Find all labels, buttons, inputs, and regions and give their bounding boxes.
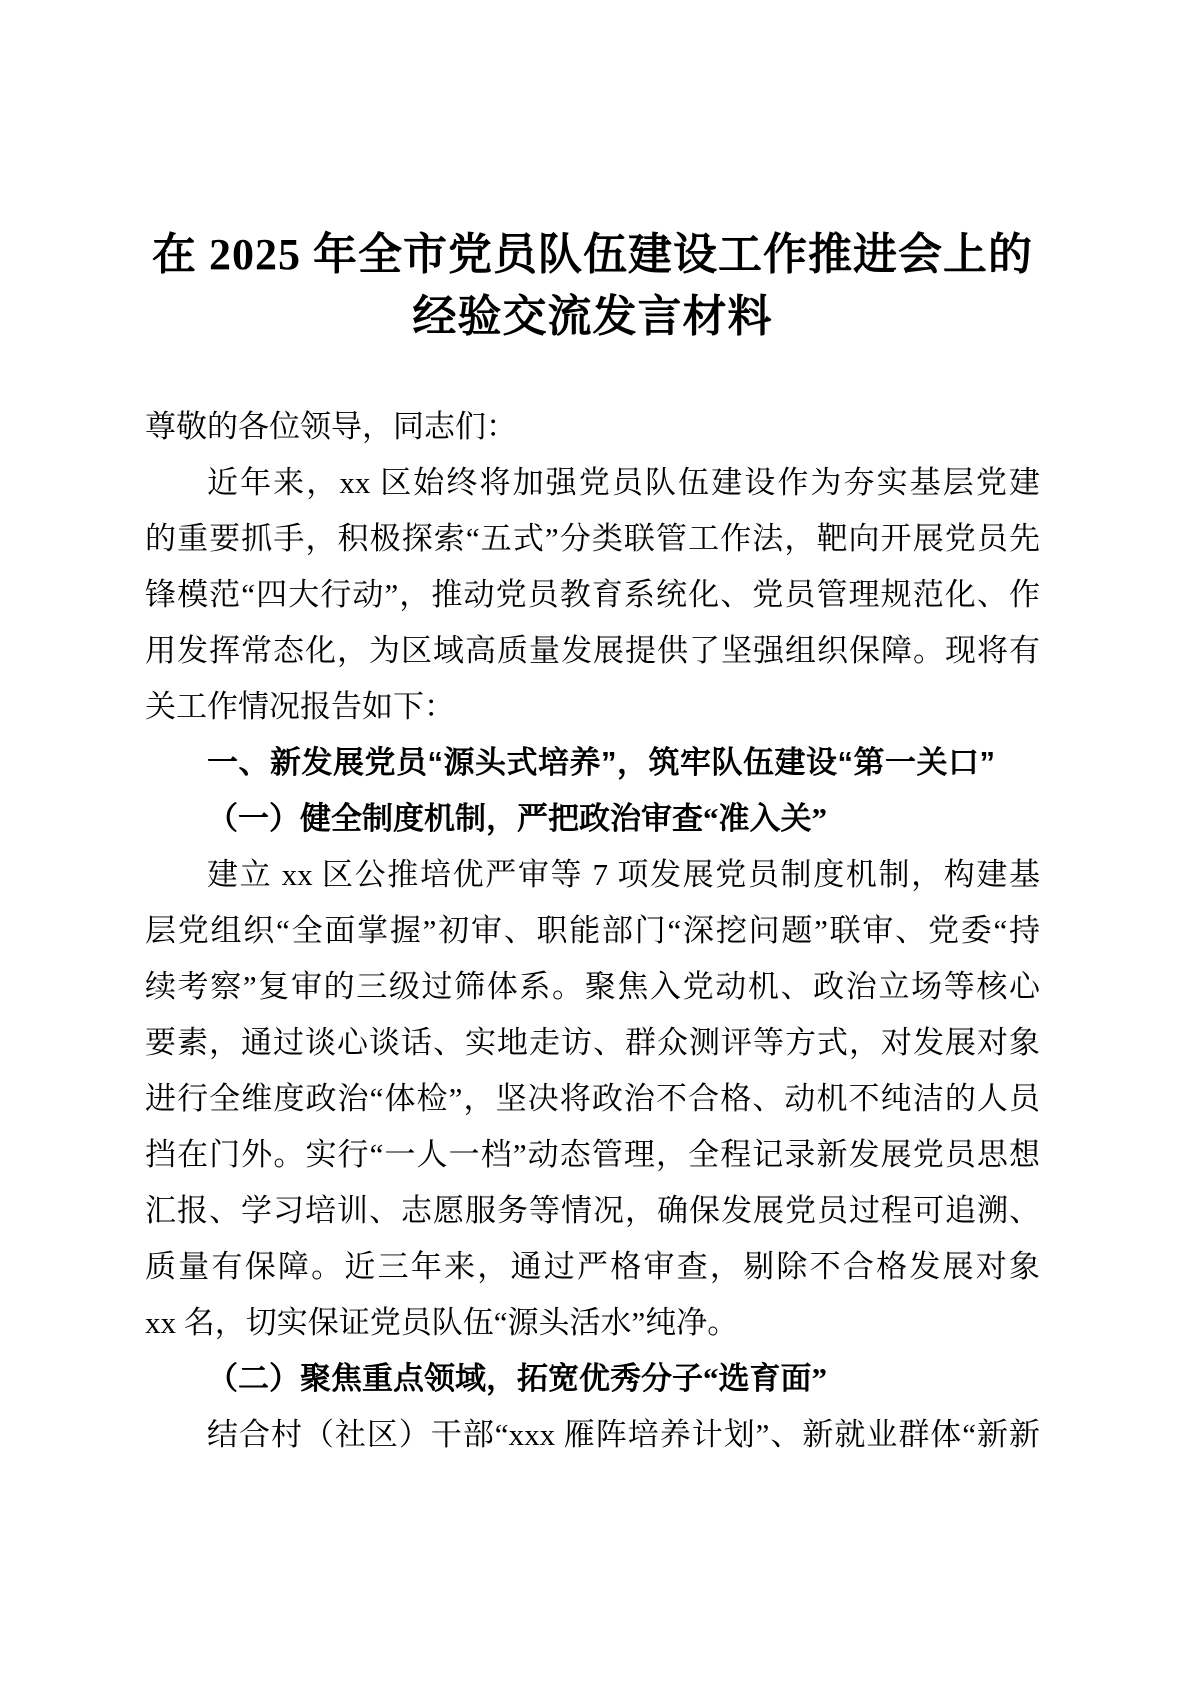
paragraph-2-line-8: 质量有保障。近三年来，通过严格审查，剔除不合格发展对象 [145,1239,1040,1295]
document-body: 尊敬的各位领导，同志们： 近年来，xx 区始终将加强党员队伍建设作为夯实基层党建… [145,399,1040,1463]
paragraph-2-line-2: 层党组织“全面掌握”初审、职能部门“深挖问题”联审、党委“持 [145,903,1040,959]
section-heading-1: 一、新发展党员“源头式培养”，筑牢队伍建设“第一关口” [145,735,1040,791]
paragraph-1-line-2: 的重要抓手，积极探索“五式”分类联管工作法，靶向开展党员先 [145,511,1040,567]
subsection-heading-1-2: （二）聚焦重点领域，拓宽优秀分子“选育面” [145,1351,1040,1407]
document-page: 在 2025 年全市党员队伍建设工作推进会上的 经验交流发言材料 尊敬的各位领导… [0,0,1190,1683]
paragraph-1-line-5: 关工作情况报告如下： [145,679,1040,735]
paragraph-1-line-3: 锋模范“四大行动”，推动党员教育系统化、党员管理规范化、作 [145,567,1040,623]
document-title: 在 2025 年全市党员队伍建设工作推进会上的 经验交流发言材料 [145,224,1040,348]
subsection-heading-1-1: （一）健全制度机制，严把政治审查“准入关” [145,791,1040,847]
title-line-2: 经验交流发言材料 [145,286,1040,348]
title-line-1: 在 2025 年全市党员队伍建设工作推进会上的 [145,224,1040,286]
paragraph-1-line-1: 近年来，xx 区始终将加强党员队伍建设作为夯实基层党建 [145,455,1040,511]
paragraph-1-line-4: 用发挥常态化，为区域高质量发展提供了坚强组织保障。现将有 [145,623,1040,679]
paragraph-2-line-9: xx 名，切实保证党员队伍“源头活水”纯净。 [145,1295,1040,1351]
paragraph-2-line-3: 续考察”复审的三级过筛体系。聚焦入党动机、政治立场等核心 [145,959,1040,1015]
salutation: 尊敬的各位领导，同志们： [145,399,1040,455]
paragraph-2-line-5: 进行全维度政治“体检”，坚决将政治不合格、动机不纯洁的人员 [145,1071,1040,1127]
paragraph-2-line-6: 挡在门外。实行“一人一档”动态管理，全程记录新发展党员思想 [145,1127,1040,1183]
paragraph-3-line-1: 结合村（社区）干部“xxx 雁阵培养计划”、新就业群体“新新 [145,1407,1040,1463]
paragraph-2-line-7: 汇报、学习培训、志愿服务等情况，确保发展党员过程可追溯、 [145,1183,1040,1239]
paragraph-2-line-4: 要素，通过谈心谈话、实地走访、群众测评等方式，对发展对象 [145,1015,1040,1071]
paragraph-2-line-1: 建立 xx 区公推培优严审等 7 项发展党员制度机制，构建基 [145,847,1040,903]
